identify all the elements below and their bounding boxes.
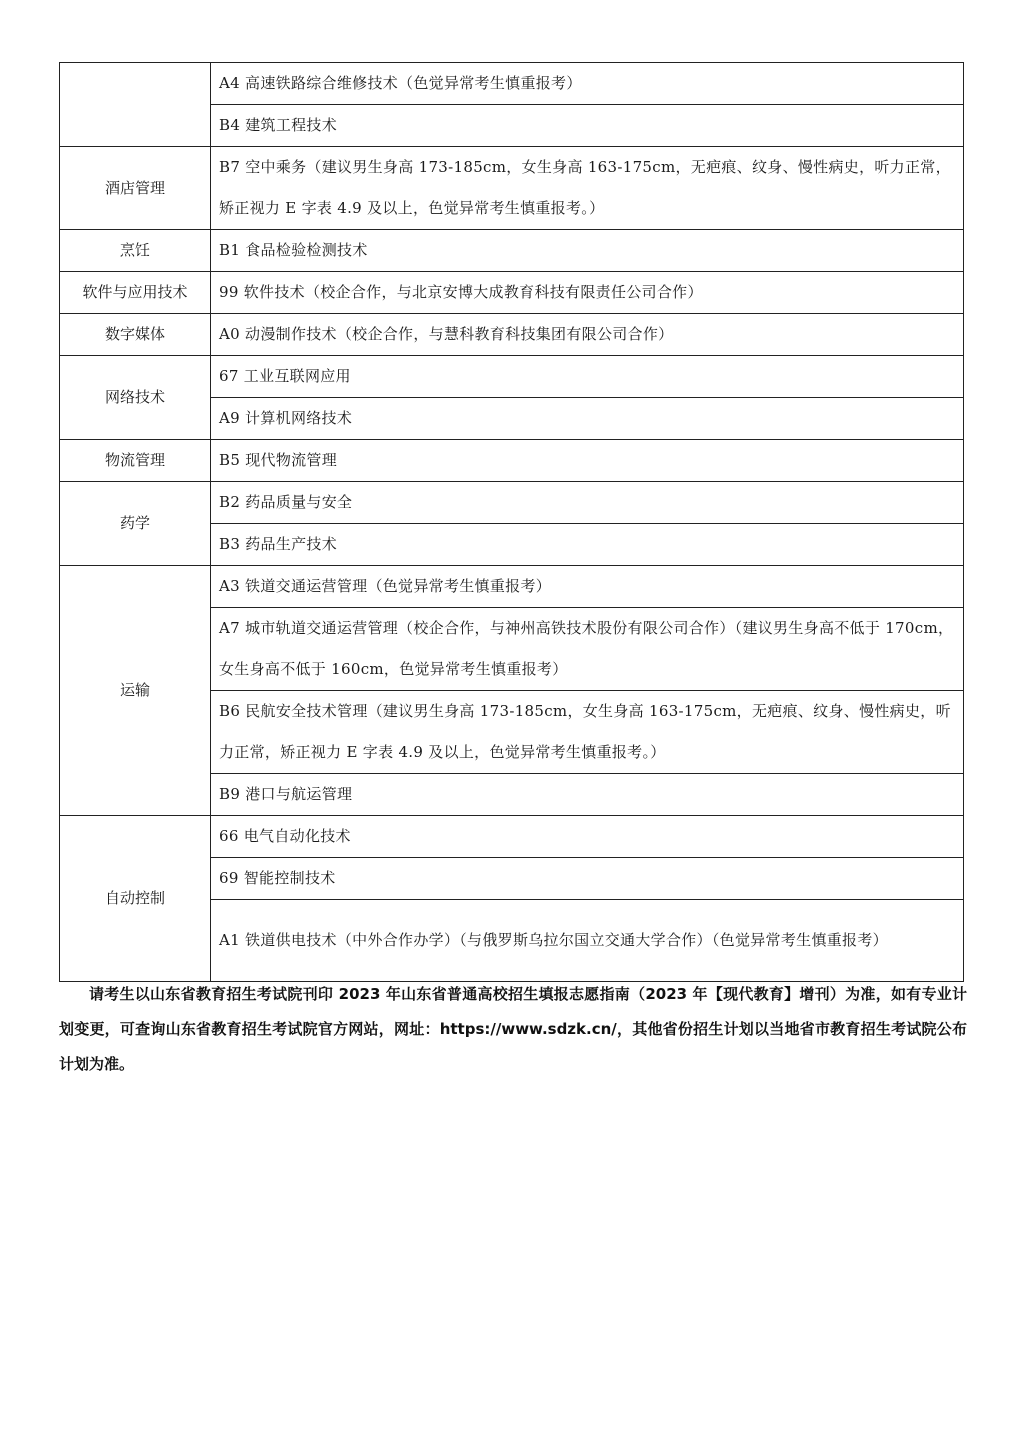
major-cell: B4 建筑工程技术 (211, 105, 964, 147)
major-cell: B6 民航安全技术管理（建议男生身高 173-185cm，女生身高 163-17… (211, 691, 964, 774)
category-cell: 药学 (60, 482, 211, 566)
table-row: 运输 A3 铁道交通运营管理（色觉异常考生慎重报考） (60, 566, 964, 608)
major-cell: A0 动漫制作技术（校企合作，与慧科教育科技集团有限公司合作） (211, 314, 964, 356)
major-cell: 69 智能控制技术 (211, 858, 964, 900)
major-cell: A9 计算机网络技术 (211, 398, 964, 440)
major-cell: A1 铁道供电技术（中外合作办学）（与俄罗斯乌拉尔国立交通大学合作）（色觉异常考… (211, 900, 964, 982)
major-cell: 67 工业互联网应用 (211, 356, 964, 398)
table-row: 软件与应用技术 99 软件技术（校企合作，与北京安博大成教育科技有限责任公司合作… (60, 272, 964, 314)
table-row: 自动控制 66 电气自动化技术 (60, 816, 964, 858)
major-cell: A4 高速铁路综合维修技术（色觉异常考生慎重报考） (211, 63, 964, 105)
major-cell: B1 食品检验检测技术 (211, 230, 964, 272)
category-cell: 自动控制 (60, 816, 211, 982)
major-cell: B9 港口与航运管理 (211, 774, 964, 816)
major-cell: 66 电气自动化技术 (211, 816, 964, 858)
table-row: 网络技术 67 工业互联网应用 (60, 356, 964, 398)
category-cell: 网络技术 (60, 356, 211, 440)
category-cell: 物流管理 (60, 440, 211, 482)
category-cell: 酒店管理 (60, 147, 211, 230)
category-cell: 软件与应用技术 (60, 272, 211, 314)
table-row: 数字媒体 A0 动漫制作技术（校企合作，与慧科教育科技集团有限公司合作） (60, 314, 964, 356)
table-row: 物流管理 B5 现代物流管理 (60, 440, 964, 482)
major-cell: A3 铁道交通运营管理（色觉异常考生慎重报考） (211, 566, 964, 608)
table-row: 烹饪 B1 食品检验检测技术 (60, 230, 964, 272)
major-cell: A7 城市轨道交通运营管理（校企合作，与神州高铁技术股份有限公司合作）（建议男生… (211, 608, 964, 691)
major-cell: B3 药品生产技术 (211, 524, 964, 566)
category-cell: 数字媒体 (60, 314, 211, 356)
table-row: 酒店管理 B7 空中乘务（建议男生身高 173-185cm，女生身高 163-1… (60, 147, 964, 230)
table-row: A4 高速铁路综合维修技术（色觉异常考生慎重报考） (60, 63, 964, 105)
major-cell: B7 空中乘务（建议男生身高 173-185cm，女生身高 163-175cm，… (211, 147, 964, 230)
table-row: 药学 B2 药品质量与安全 (60, 482, 964, 524)
major-cell: B5 现代物流管理 (211, 440, 964, 482)
category-cell: 烹饪 (60, 230, 211, 272)
major-cell: B2 药品质量与安全 (211, 482, 964, 524)
major-cell: 99 软件技术（校企合作，与北京安博大成教育科技有限责任公司合作） (211, 272, 964, 314)
category-cell (60, 63, 211, 147)
footnote-paragraph: 请考生以山东省教育招生考试院刊印 2023 年山东省普通高校招生填报志愿指南（2… (59, 977, 967, 1082)
majors-table: A4 高速铁路综合维修技术（色觉异常考生慎重报考） B4 建筑工程技术 酒店管理… (59, 62, 964, 982)
category-cell: 运输 (60, 566, 211, 816)
